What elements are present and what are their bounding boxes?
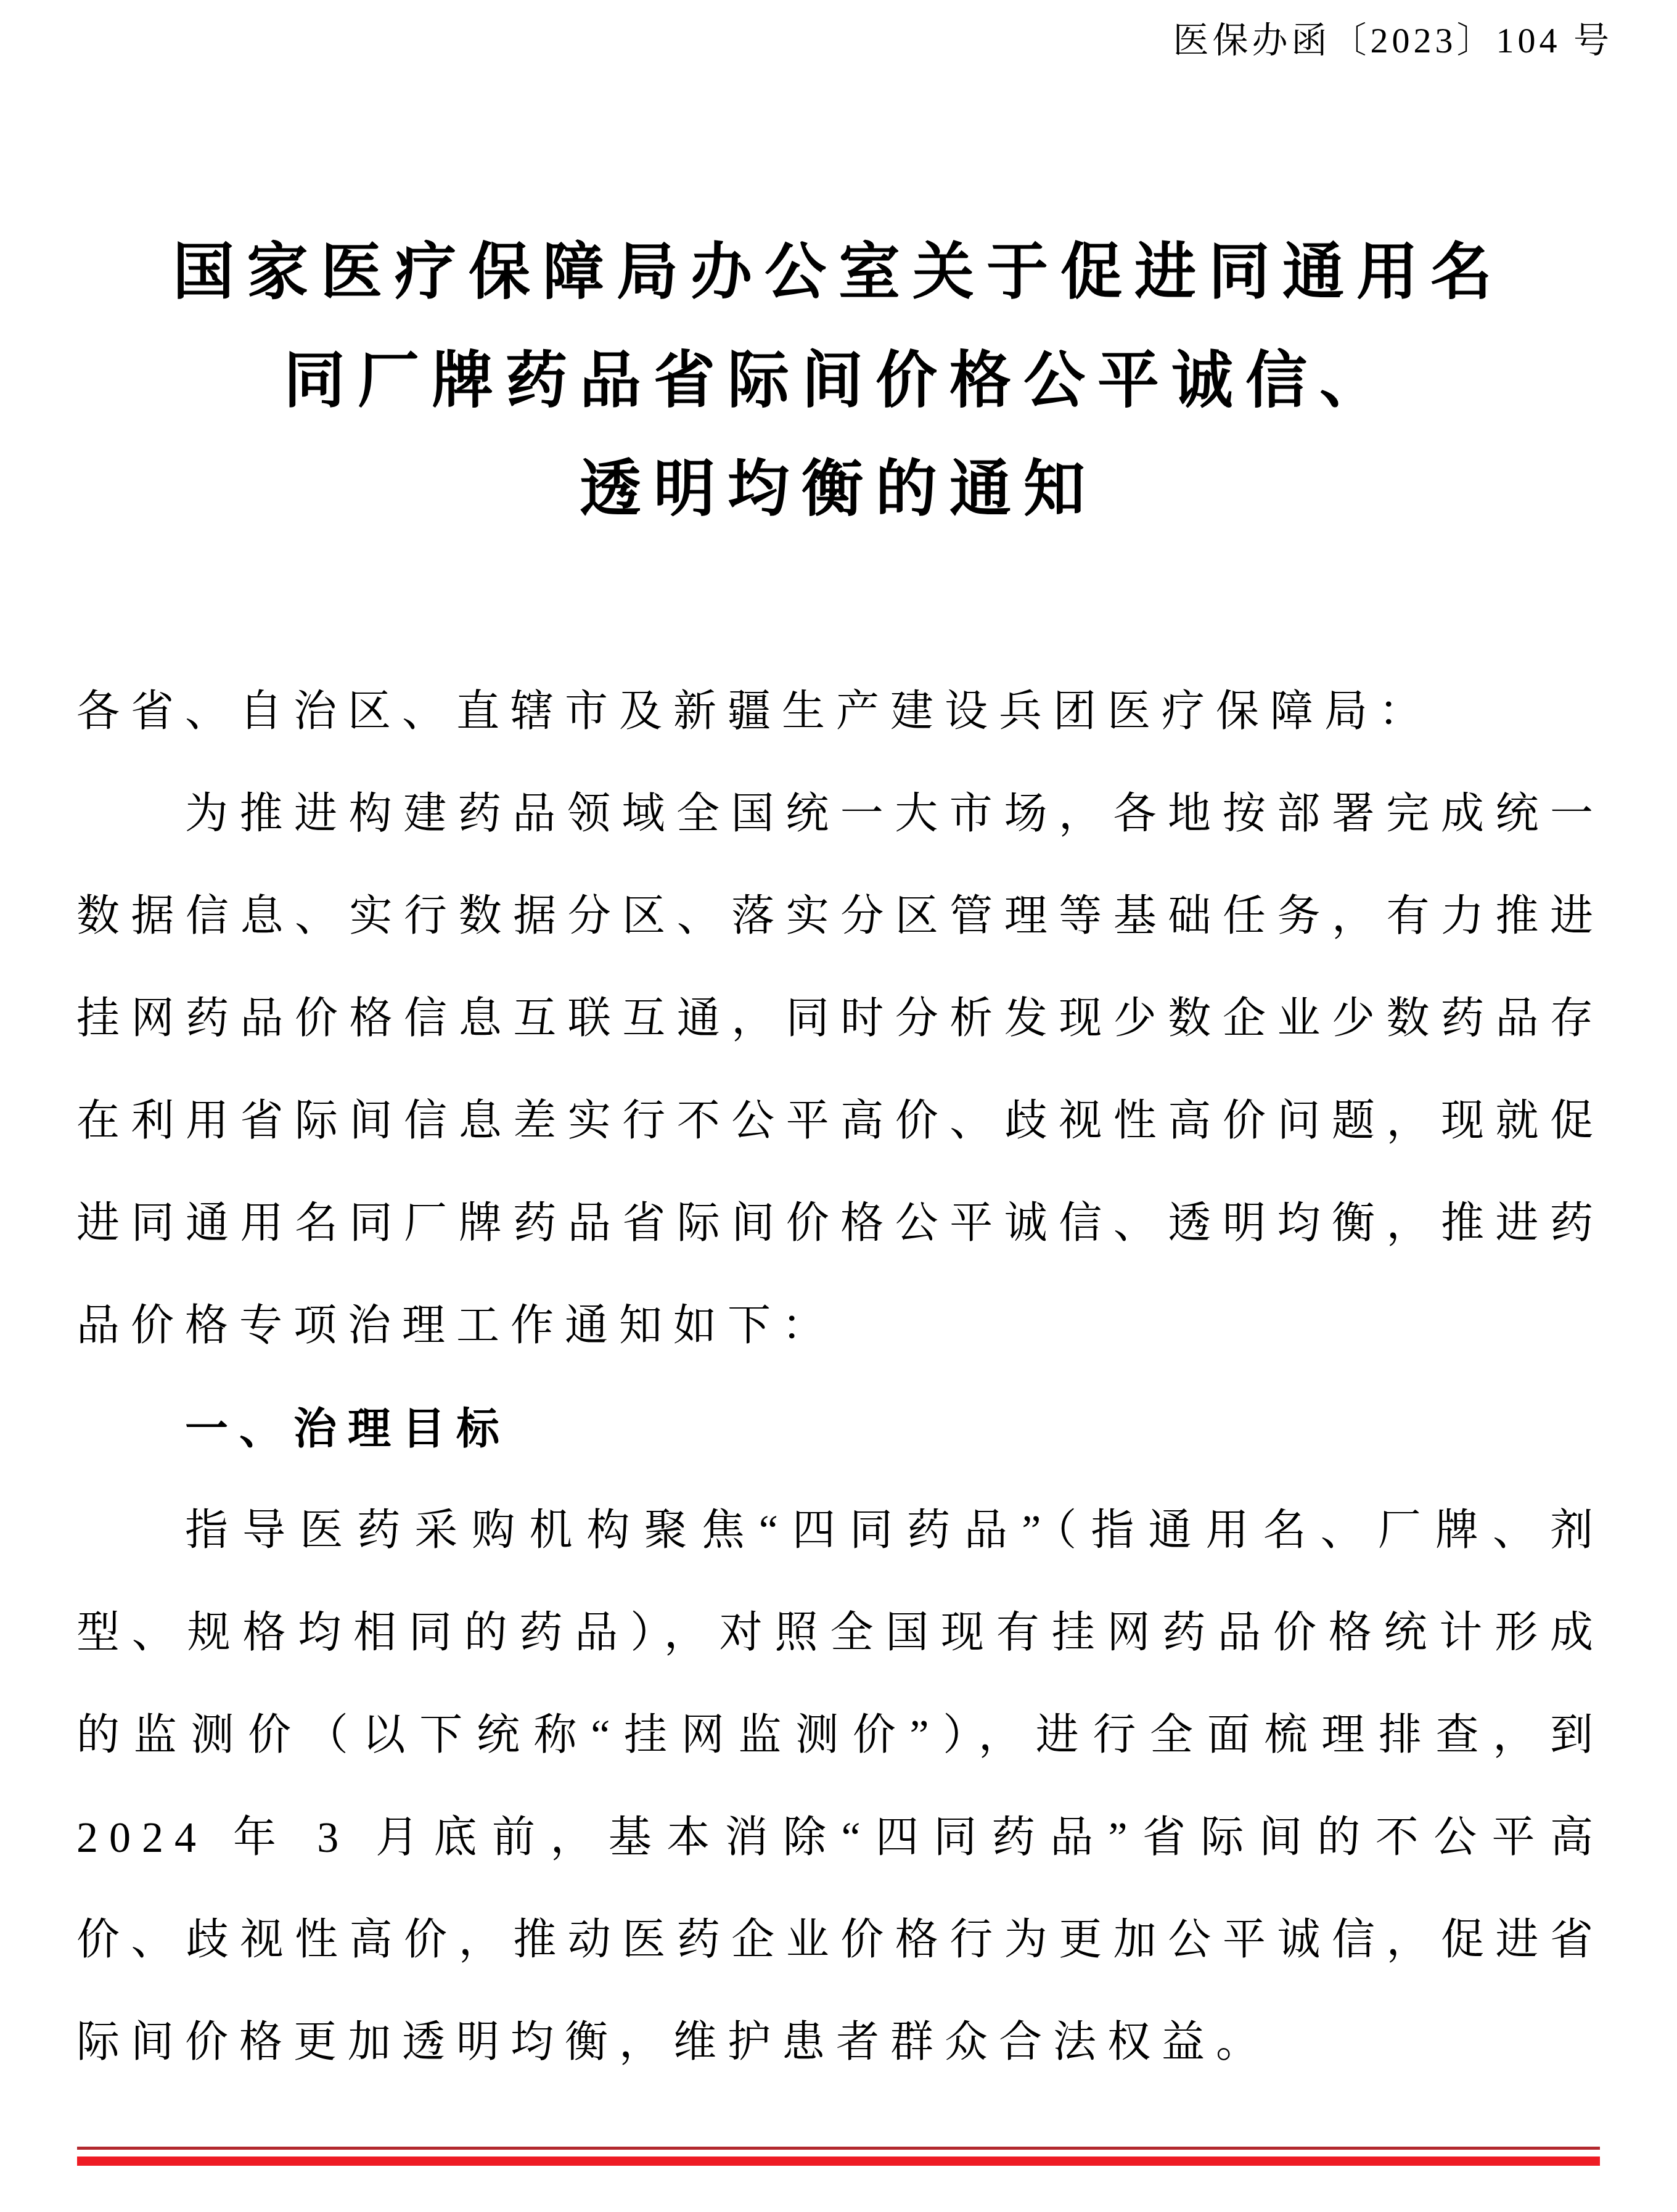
intro-paragraph: 为推进构建药品领域全国统一大市场，各地按部署完成统一数据信息、实行数据分区、落实… (76, 763, 1604, 1378)
title-line-3: 透明均衡的通知 (0, 435, 1677, 544)
section-1-paragraph: 指导医药采购机构聚焦“四同药品”（指通用名、厂牌、剂型、规格均相同的药品），对照… (76, 1480, 1604, 2094)
salutation: 各省、自治区、直辖市及新疆生产建设兵团医疗保障局： (76, 661, 1604, 763)
doc-number: 医保办函〔2023〕104 号 (0, 0, 1677, 63)
footer-separator-thin-line (77, 2147, 1600, 2150)
document-title: 国家医疗保障局办公室关于促进同通用名 同厂牌药品省际间价格公平诚信、 透明均衡的… (0, 218, 1677, 544)
title-line-1: 国家医疗保障局办公室关于促进同通用名 (0, 218, 1677, 327)
section-1-heading: 一、治理目标 (76, 1378, 1604, 1480)
document-body: 各省、自治区、直辖市及新疆生产建设兵团医疗保障局： 为推进构建药品领域全国统一大… (76, 661, 1604, 2094)
footer-separator-thick-line (77, 2156, 1600, 2166)
document-page: 医保办函〔2023〕104 号 国家医疗保障局办公室关于促进同通用名 同厂牌药品… (0, 0, 1677, 2212)
title-line-2: 同厂牌药品省际间价格公平诚信、 (0, 327, 1677, 435)
